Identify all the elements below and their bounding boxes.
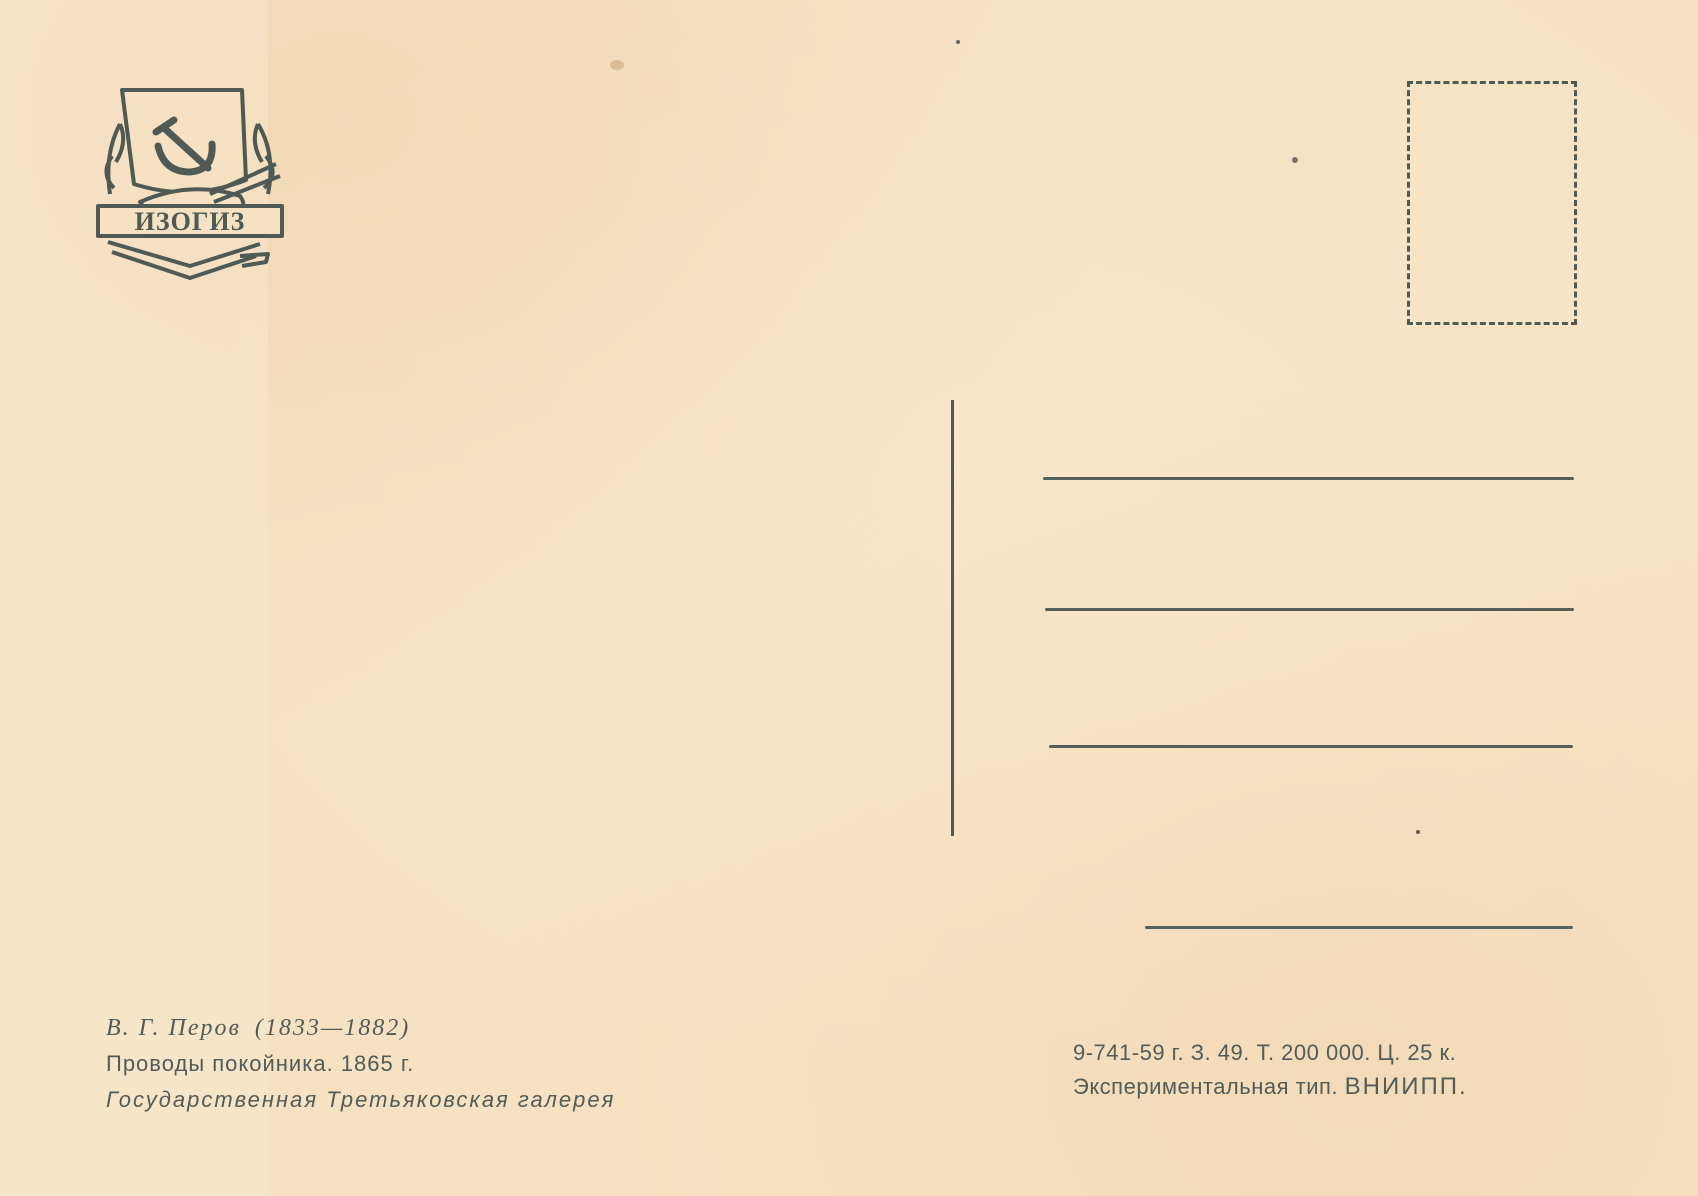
postcard-back: ИЗОГИЗ В. Г. Перов (1833—1882) Проводы п… (0, 0, 1698, 1196)
address-line-4 (1145, 926, 1573, 929)
paper-speck (1292, 157, 1298, 163)
printer-name: Экспериментальная тип. (1073, 1074, 1338, 1099)
address-line-2 (1045, 608, 1574, 611)
print-details: 9-741-59 г. З. 49. Т. 200 000. Ц. 25 к. (1073, 1036, 1468, 1070)
artwork-caption: В. Г. Перов (1833—1882) Проводы покойник… (106, 1010, 615, 1118)
izogiz-logo: ИЗОГИЗ (90, 84, 290, 284)
museum-name: Государственная Третьяковская галерея (106, 1082, 615, 1118)
print-info: 9-741-59 г. З. 49. Т. 200 000. Ц. 25 к. … (1073, 1036, 1468, 1104)
printer-line: Экспериментальная тип. ВНИИПП. (1073, 1070, 1468, 1104)
paper-speck (956, 40, 960, 44)
author-line: В. Г. Перов (1833—1882) (106, 1010, 615, 1046)
paper-speck (1416, 830, 1420, 834)
stamp-placeholder (1407, 81, 1577, 325)
paper-speck (610, 60, 624, 70)
logo-text: ИЗОГИЗ (135, 207, 246, 236)
artwork-title: Проводы покойника. 1865 г. (106, 1046, 615, 1082)
address-line-3 (1049, 745, 1573, 748)
address-line-1 (1043, 477, 1574, 480)
vertical-divider (951, 400, 954, 836)
author-years: (1833—1882) (255, 1015, 410, 1041)
author-name: В. Г. Перов (106, 1015, 241, 1041)
printer-org: ВНИИПП. (1345, 1073, 1468, 1100)
